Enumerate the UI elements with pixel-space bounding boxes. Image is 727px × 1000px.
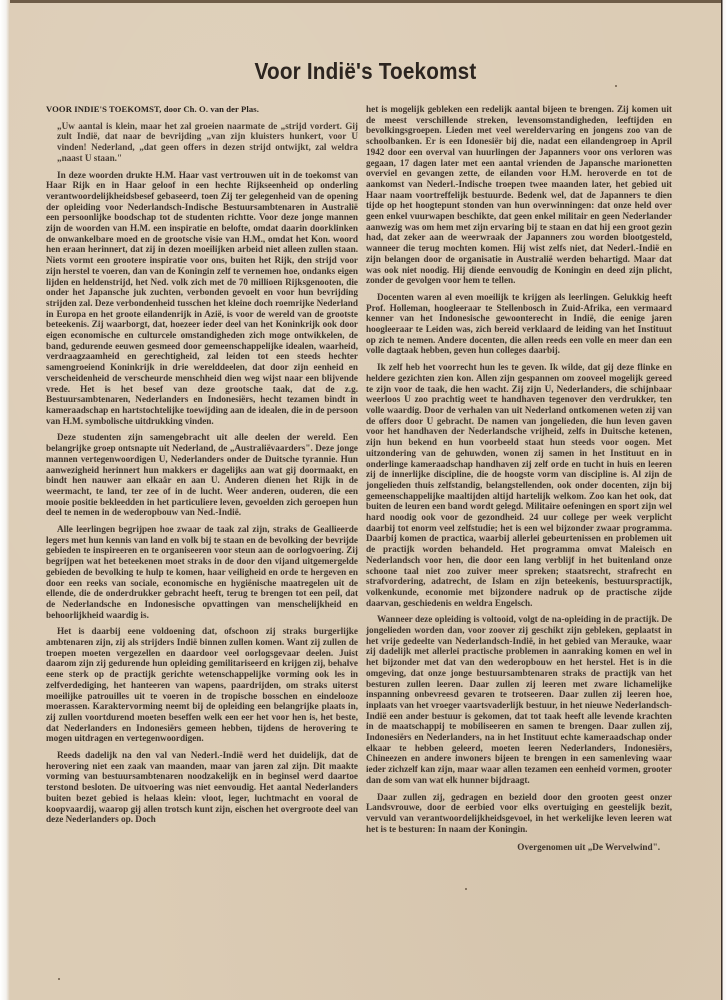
paragraph: Docenten waren al even moeilijk te krijg…	[366, 292, 672, 356]
right-column: het is mogelijk gebleken een redelijk aa…	[366, 104, 672, 859]
paragraph: Wanneer deze opleiding is voltooid, volg…	[366, 614, 672, 785]
paragraph: Deze studenten zijn samengebracht uit al…	[46, 432, 358, 518]
paragraph: Reeds dadelijk na den val van Nederl.-In…	[46, 750, 358, 825]
scan-right-margin	[721, 0, 727, 1000]
article-title: Voor Indië's Toekomst	[46, 58, 686, 85]
paragraph: het is mogelijk gebleken een redelijk aa…	[366, 104, 672, 286]
paper-speck	[58, 978, 60, 980]
paragraph: Alle leerlingen begrijpen hoe zwaar de t…	[46, 524, 358, 620]
paragraph: Het is daarbij eene voldoening dat, ofsc…	[46, 626, 358, 744]
article-byline: VOOR INDIE'S TOEKOMST, door Ch. O. van d…	[46, 104, 358, 115]
paper-speck	[465, 888, 467, 890]
paragraph: In deze woorden drukte H.M. Haar vast ve…	[46, 170, 358, 427]
royal-quote: „Uw aantal is klein, maar het zal groeie…	[57, 121, 358, 164]
scan-left-margin	[0, 0, 10, 1000]
source-attribution: Overgenomen uit „De Wervelwind".	[366, 842, 672, 853]
paper-speck	[615, 85, 617, 87]
paragraph: Daar zullen zij, gedragen en bezield doo…	[366, 792, 672, 835]
newspaper-page: Voor Indië's Toekomst VOOR INDIE'S TOEKO…	[10, 3, 721, 1000]
paragraph: Ik zelf heb het voorrecht hun les te gev…	[366, 362, 672, 608]
left-column: VOOR INDIE'S TOEKOMST, door Ch. O. van d…	[46, 104, 358, 831]
